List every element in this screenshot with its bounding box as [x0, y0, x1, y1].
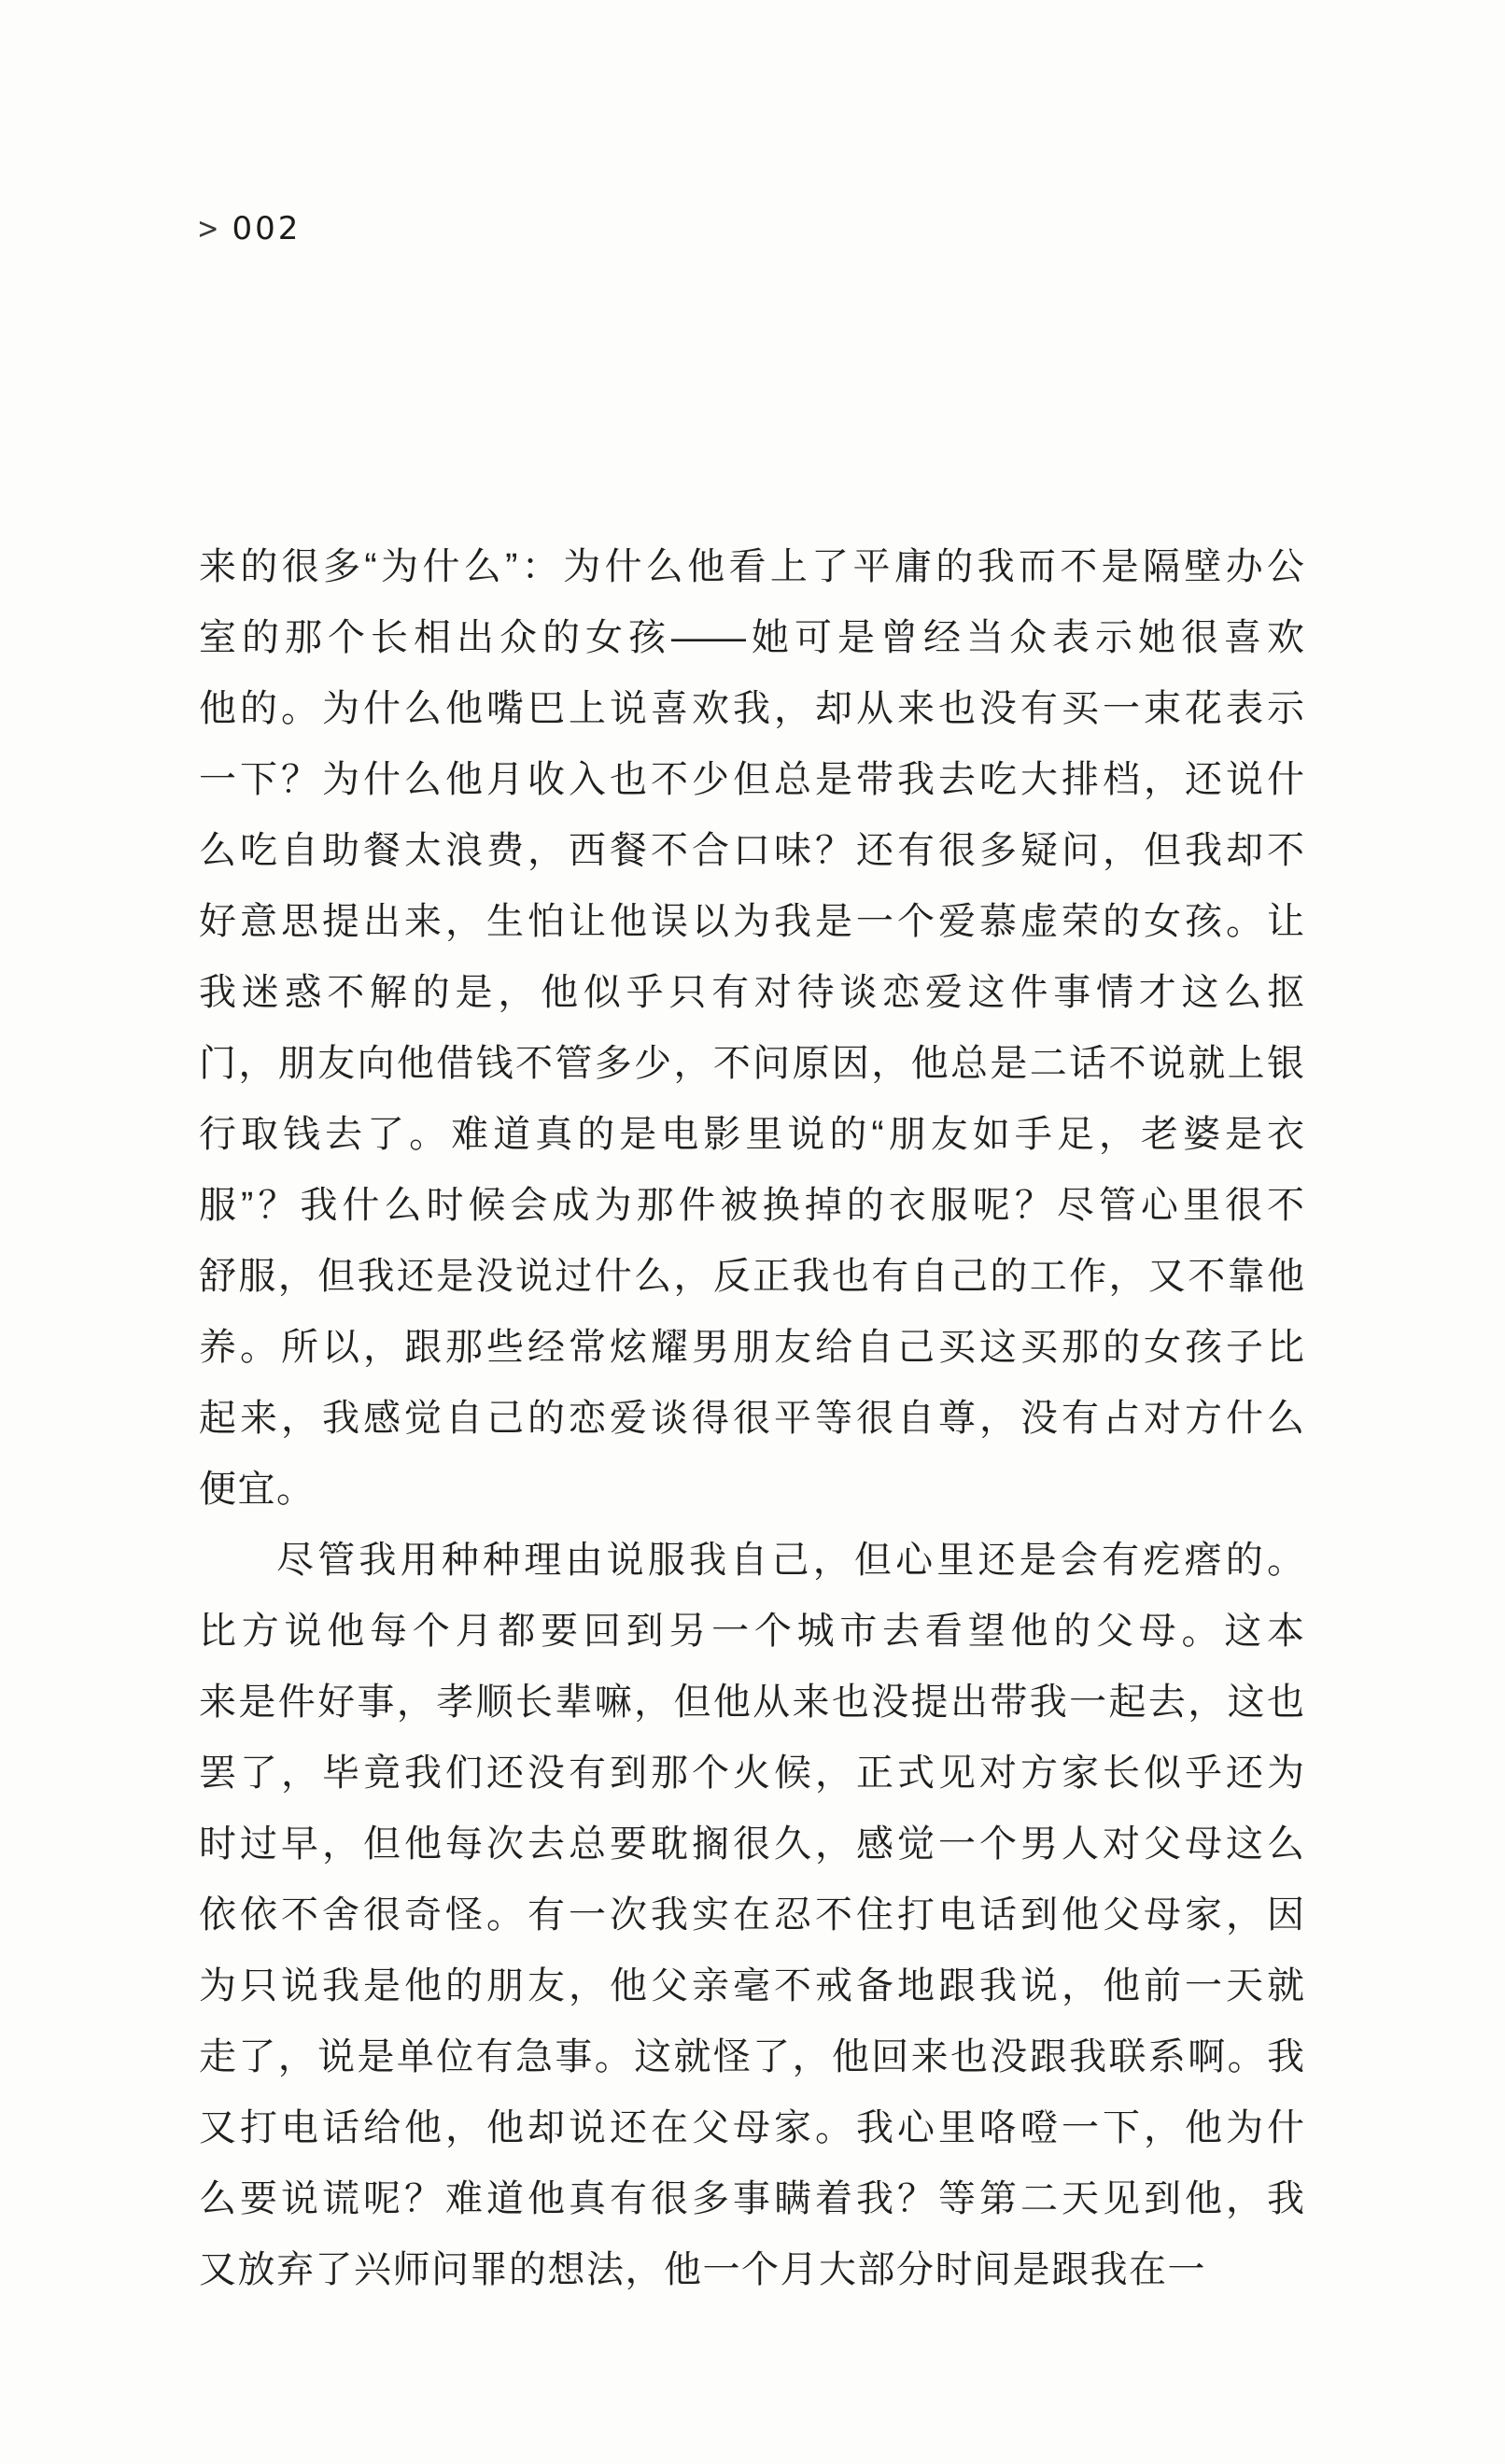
text-line: 依依不舍很奇怪。有一次我实在忍不住打电话到他父母家，因 [199, 1880, 1304, 1950]
text-line: 比方说他每个月都要回到另一个城市去看望他的父母。这本 [199, 1596, 1304, 1667]
text-line: 么要说谎呢？难道他真有很多事瞒着我？等第二天见到他，我 [199, 2163, 1304, 2234]
text-line: 服”？我什么时候会成为那件被换掉的衣服呢？尽管心里很不 [199, 1170, 1304, 1241]
text-line: 么吃自助餐太浪费，西餐不合口味？还有很多疑问，但我却不 [199, 815, 1304, 886]
text-line: 来的很多“为什么”：为什么他看上了平庸的我而不是隔壁办公 [199, 531, 1304, 602]
text-line: 门，朋友向他借钱不管多少，不问原因，他总是二话不说就上银 [199, 1028, 1304, 1099]
text-line: 室的那个长相出众的女孩——她可是曾经当众表示她很喜欢 [199, 602, 1304, 673]
text-line: 罢了，毕竟我们还没有到那个火候，正式见对方家长似乎还为 [199, 1738, 1304, 1809]
text-line: 时过早，但他每次去总要耽搁很久，感觉一个男人对父母这么 [199, 1809, 1304, 1880]
text-line: 尽管我用种种理由说服我自己，但心里还是会有疙瘩的。 [199, 1525, 1304, 1596]
text-line: 好意思提出来，生怕让他误以为我是一个爱慕虚荣的女孩。让 [199, 886, 1304, 957]
text-line: 便宜。 [199, 1454, 1304, 1525]
text-line: 舒服，但我还是没说过什么，反正我也有自己的工作，又不靠他 [199, 1241, 1304, 1312]
page-number: > 002 [197, 213, 301, 245]
text-line: 来是件好事，孝顺长辈嘛，但他从来也没提出带我一起去，这也 [199, 1667, 1304, 1738]
text-line: 起来，我感觉自己的恋爱谈得很平等很自尊，没有占对方什么 [199, 1383, 1304, 1454]
text-line: 一下？为什么他月收入也不少但总是带我去吃大排档，还说什 [199, 744, 1304, 815]
text-line: 走了，说是单位有急事。这就怪了，他回来也没跟我联系啊。我 [199, 2021, 1304, 2092]
text-line: 又打电话给他，他却说还在父母家。我心里咯噔一下，他为什 [199, 2092, 1304, 2163]
text-line: 行取钱去了。难道真的是电影里说的“朋友如手足，老婆是衣 [199, 1099, 1304, 1170]
text-line: 又放弃了兴师问罪的想法，他一个月大部分时间是跟我在一 [199, 2234, 1304, 2305]
text-line: 为只说我是他的朋友，他父亲毫不戒备地跟我说，他前一天就 [199, 1950, 1304, 2021]
page-number-value: 002 [232, 213, 301, 245]
text-line: 养。所以，跟那些经常炫耀男朋友给自己买这买那的女孩子比 [199, 1312, 1304, 1383]
text-line: 我迷惑不解的是，他似乎只有对待谈恋爱这件事情才这么抠 [199, 957, 1304, 1028]
text-line: 他的。为什么他嘴巴上说喜欢我，却从来也没有买一束花表示 [199, 673, 1304, 744]
chevron-right-icon: > [197, 214, 218, 244]
body-text: 来的很多“为什么”：为什么他看上了平庸的我而不是隔壁办公室的那个长相出众的女孩—… [199, 531, 1304, 2305]
book-page: > 002 来的很多“为什么”：为什么他看上了平庸的我而不是隔壁办公室的那个长相… [0, 0, 1505, 2464]
